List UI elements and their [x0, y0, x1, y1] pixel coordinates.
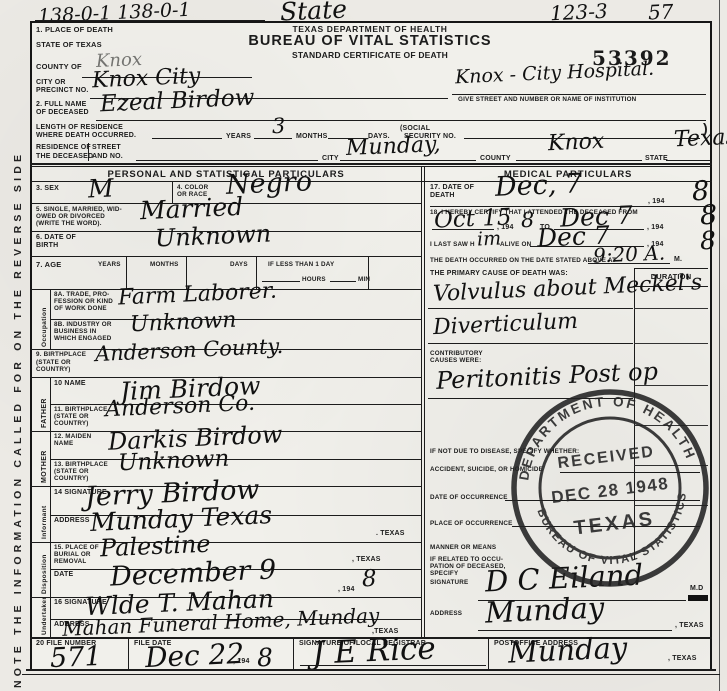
- res-county-handwriting: Knox: [548, 131, 605, 155]
- mother-group-label: MOTHER: [41, 450, 48, 483]
- informant-addr-label: ADDRESS: [54, 517, 90, 525]
- father-group-label: FATHER: [41, 398, 48, 428]
- rule: [30, 166, 712, 167]
- rule: [516, 160, 642, 161]
- sex-label: 3. SEX: [36, 185, 59, 193]
- file-date-year-label: , 194: [233, 658, 250, 666]
- age-label: 7. AGE: [36, 260, 62, 269]
- death-certificate-scan: 138-0-1 138-0-1 State 123-3 57 NOTE THE …: [0, 0, 727, 691]
- divider: [293, 637, 294, 669]
- dod-label-2: DEATH: [430, 192, 455, 200]
- burial-place-handwriting: Palestine: [100, 532, 212, 561]
- age-if-less-label: IF LESS THAN 1 DAY: [268, 261, 334, 269]
- residence-of-label: RESIDENCE OF: [36, 144, 91, 152]
- last-saw-label-2: ALIVE ON: [500, 241, 531, 249]
- res-city-handwriting: Munday,: [346, 134, 441, 160]
- top-right-code-handwriting: 123-3: [550, 1, 608, 23]
- divider: [128, 637, 129, 669]
- physician-addr-state-label: , TEXAS: [675, 622, 704, 630]
- rule: [330, 281, 356, 282]
- age-months-label: MONTHS: [150, 261, 179, 269]
- manner-means-label: MANNER OR MEANS: [430, 544, 496, 552]
- contributory-label-2: CAUSES WERE:: [430, 357, 481, 365]
- date-occurrence-label: DATE OF OCCURRENCE: [430, 494, 508, 502]
- trade-label-3: OF WORK DONE: [54, 305, 107, 313]
- burial-date-year-handwriting: 8: [362, 568, 378, 592]
- dob-label-2: BIRTH: [36, 242, 58, 250]
- group-divider: [50, 597, 51, 637]
- rule: [588, 263, 670, 264]
- burial-label-3: REMOVAL: [54, 558, 86, 566]
- rule: [634, 343, 708, 344]
- rule: [634, 308, 708, 309]
- rule: [30, 163, 712, 165]
- disposition-group-label: Disposition: [41, 554, 48, 594]
- page-edge-line: [719, 0, 720, 691]
- rule: [452, 94, 706, 95]
- group-divider: [50, 486, 51, 542]
- rule: [30, 181, 712, 182]
- column-divider: [421, 166, 422, 637]
- am-pm-label: M.: [674, 256, 682, 264]
- street-label: STREET: [92, 144, 121, 152]
- burial-state-label: , TEXAS: [352, 556, 381, 564]
- bureau-title: BUREAU OF VITAL STATISTICS: [215, 33, 525, 50]
- rule: [300, 665, 486, 666]
- rule: [666, 160, 710, 161]
- rule: [428, 308, 633, 309]
- father-bp-label-3: COUNTRY): [54, 420, 89, 428]
- months-label: MONTHS: [296, 133, 328, 141]
- rule: [340, 160, 476, 161]
- from-year-handwriting: 8: [521, 210, 535, 232]
- rule: [96, 120, 706, 121]
- reverse-side-note: NOTE THE INFORMATION CALLED FOR ON THE R…: [12, 151, 24, 688]
- undertaker-group-label: Undertaker: [41, 597, 48, 635]
- postoffice-handwriting: Munday: [507, 633, 627, 667]
- length-residence-label-2: WHERE DEATH OCCURRED.: [36, 132, 136, 140]
- informant-addr-state-label: . TEXAS: [376, 530, 405, 538]
- birthplace-label-3: COUNTRY): [36, 366, 71, 374]
- rule: [22, 674, 720, 675]
- and-no-label: AND NO.: [92, 153, 123, 161]
- standard-certificate-title: STANDARD CERTIFICATE OF DEATH: [240, 50, 500, 60]
- marital-value-handwriting: Married: [140, 194, 244, 223]
- county-of-label: COUNTY OF: [36, 62, 82, 71]
- industry-value-handwriting: Unknown: [130, 310, 237, 337]
- file-date-year-handwriting: 8: [256, 645, 273, 671]
- top-right-code2-handwriting: 57: [648, 1, 674, 22]
- maiden-name-label-2: NAME: [54, 440, 73, 448]
- burial-date-label: DATE: [54, 571, 73, 579]
- svg-text:DEPARTMENT OF HEALTH: DEPARTMENT OF HEALTH: [507, 383, 699, 483]
- stamp-texas-text: TEXAS: [573, 508, 657, 540]
- stamp-arc-top-text: DEPARTMENT OF HEALTH: [507, 383, 699, 483]
- divider: [368, 256, 369, 289]
- dod-value-handwriting: Dec, 7: [494, 170, 582, 201]
- precinct-no-label: PRECINCT NO.: [36, 87, 89, 95]
- file-number-handwriting: 571: [49, 643, 102, 672]
- to-year-label: , 194: [647, 224, 664, 232]
- rule: [152, 138, 222, 139]
- institution-caption: GIVE STREET AND NUMBER OR NAME OF INSTIT…: [458, 96, 636, 104]
- rule: [136, 160, 318, 161]
- stamp-date-text: DEC 28 1948: [550, 474, 670, 507]
- res-state-handwriting: Texas: [674, 127, 727, 152]
- age-years-label: YEARS: [98, 261, 121, 269]
- rule: [50, 459, 421, 460]
- informant-group-label: Informant: [41, 505, 48, 539]
- place-occurrence-label: PLACE OF OCCURRENCE: [430, 520, 513, 528]
- father-name-label: 10 NAME: [54, 380, 86, 388]
- md-label: M.D: [690, 585, 703, 593]
- full-name-label-2: OF DECEASED: [36, 109, 89, 117]
- rule: [478, 630, 672, 631]
- physician-addr-label: ADDRESS: [430, 610, 462, 618]
- age-hours-label: HOURS: [302, 276, 326, 284]
- dob-value-handwriting: Unknown: [155, 221, 272, 250]
- physician-sig-label: SIGNATURE: [430, 579, 468, 587]
- the-deceased-label: THE DECEASED: [36, 153, 93, 161]
- file-date-handwriting: Dec 22: [144, 640, 244, 672]
- age-days-label: DAYS: [230, 261, 248, 269]
- marital-label-3: (WRITE THE WORD).: [36, 220, 102, 228]
- rule: [634, 268, 708, 269]
- rule: [428, 343, 633, 344]
- mother-bp-handwriting: Unknown: [118, 448, 230, 476]
- rule: [254, 138, 292, 139]
- sex-value-handwriting: M: [87, 175, 114, 201]
- rule: [26, 669, 716, 671]
- rule: [30, 256, 421, 257]
- last-saw-year-handwriting: 8: [699, 228, 716, 254]
- received-stamp: DEPARTMENT OF HEALTH BUREAU OF VITAL STA…: [496, 374, 723, 601]
- redacted-do-mark: [688, 595, 708, 601]
- related-occupation-label-3: SPECIFY: [430, 570, 458, 578]
- column-divider: [424, 166, 425, 637]
- years-label: YEARS: [226, 133, 251, 141]
- burial-date-year-label: , 194: [338, 586, 355, 594]
- occupation-group-label: Occupation: [41, 307, 48, 347]
- last-saw-him-handwriting: im: [477, 229, 502, 249]
- divider: [488, 637, 489, 669]
- stamp-received-text: RECEIVED: [557, 443, 656, 472]
- rule: [30, 542, 421, 543]
- months-value-handwriting: 3: [272, 116, 286, 138]
- divider: [88, 143, 89, 161]
- last-saw-label-1: I LAST SAW H: [430, 241, 475, 249]
- postoffice-state-label: , TEXAS: [668, 655, 697, 663]
- place-of-death-label: 1. PLACE OF DEATH: [36, 25, 113, 34]
- birthplace-label-1: 9. BIRTHPLACE: [36, 351, 86, 359]
- state-of-texas-label: STATE OF TEXAS: [36, 40, 102, 49]
